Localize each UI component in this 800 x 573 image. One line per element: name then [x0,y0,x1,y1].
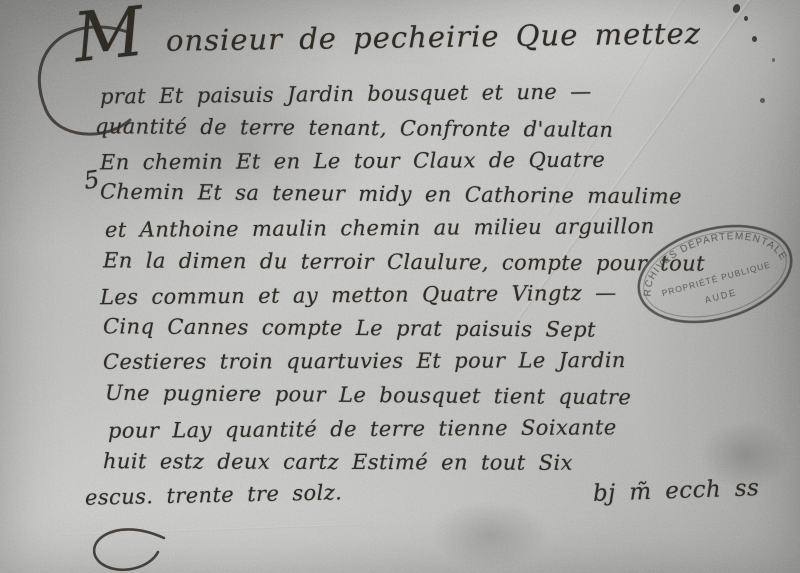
ink-blot [760,98,765,103]
manuscript-line: huit estz deux cartz Estimé en tout Six [103,449,573,475]
manuscript-line: Cinq Cannes compte Le prat paisuis Sept [103,314,596,341]
paper-stain [430,500,550,570]
manuscript-line: Chemin Et sa teneur midy en Cathorine ma… [100,179,682,208]
manuscript-line: escus. trente tre solz. [85,480,343,509]
folio-number: 5 [82,165,101,195]
bottom-flourish [52,522,182,573]
heading-initial: M [70,0,148,78]
ink-blot [752,36,757,42]
paper-crease [60,524,360,536]
manuscript-page: M onsieur de pecheirie Que mettez 5 prat… [0,0,800,573]
manuscript-line: prat Et paisuis Jardin bousquet et une — [100,79,592,108]
manuscript-line: Cestieres troin quartuvies Et pour Le Ja… [103,348,626,374]
manuscript-line: pour Lay quantité de terre tienne Soixan… [108,415,617,443]
ink-blot [732,3,742,14]
ink-blot [744,16,748,21]
manuscript-line: En la dimen du terroir Claulure, compte … [103,248,705,275]
valuation-note: bj m̃ ecch ss [593,475,760,507]
heading-text: onsieur de pecheirie Que mettez [166,16,701,57]
manuscript-line: et Anthoine maulin chemin au milieu argu… [105,214,655,242]
stamp-bottom-label: AUDE [704,287,738,305]
manuscript-line: Les commun et ay metton Quatre Vingtz — [100,281,617,310]
manuscript-line: quantité de terre tenant, Confronte d'au… [95,114,614,142]
manuscript-line: Une pugniere pour Le bousquet tient quat… [105,381,631,410]
ink-blot [772,58,775,62]
manuscript-line: En chemin Et en Le tour Claux de Quatre [100,148,605,175]
